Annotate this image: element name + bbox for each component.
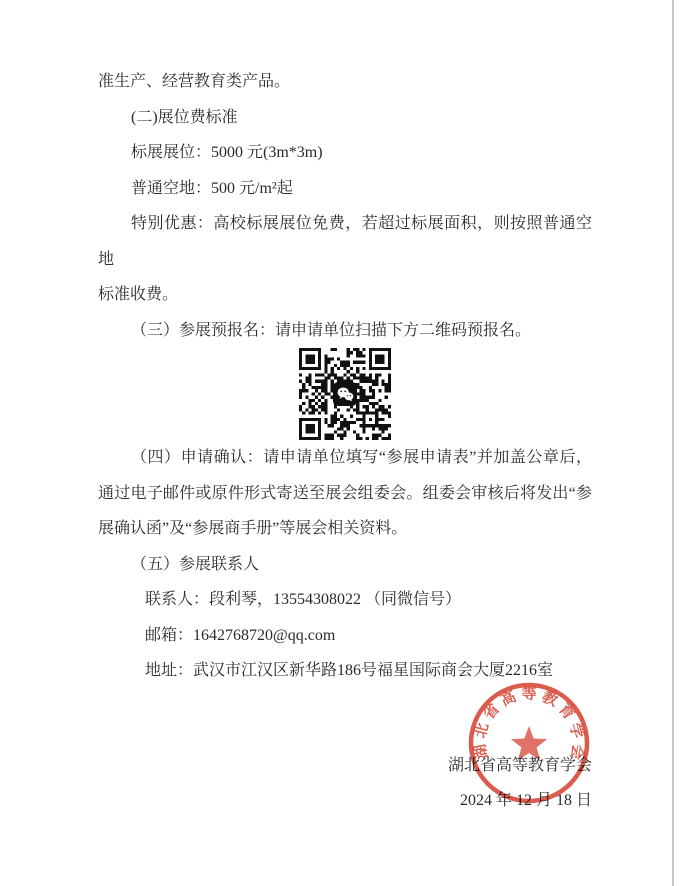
- paragraphs-after-qr: （四）申请确认：请申请单位填写“参展申请表”并加盖公章后，通过电子邮件或原件形式…: [98, 440, 592, 689]
- doc-line: 普通空地：500 元/m²起: [98, 171, 592, 207]
- doc-line: 联系人：段利琴，13554308022 （同微信号）: [98, 582, 592, 618]
- doc-line: （五）参展联系人: [98, 547, 592, 583]
- doc-line: 邮箱：1642768720@qq.com: [98, 618, 592, 654]
- doc-line: （三）参展预报名：请申请单位扫描下方二维码预报名。: [98, 313, 592, 349]
- qr-code: [298, 348, 392, 440]
- document-body: 准生产、经营教育类产品。(二)展位费标准标展展位：5000 元(3m*3m)普通…: [98, 64, 592, 819]
- doc-line: 展确认函”及“参展商手册”等展会相关资料。: [98, 511, 592, 547]
- paragraphs-before-qr: 准生产、经营教育类产品。(二)展位费标准标展展位：5000 元(3m*3m)普通…: [98, 64, 592, 348]
- doc-line: 特别优惠：高校标展展位免费，若超过标展面积，则按照普通空地: [98, 206, 592, 277]
- doc-line: 标展展位：5000 元(3m*3m): [98, 135, 592, 171]
- wechat-icon: [333, 382, 357, 406]
- page-edge-divider: [672, 0, 674, 886]
- doc-line: (二)展位费标准: [98, 100, 592, 136]
- doc-line: 地址：武汉市江汉区新华路186号福星国际商会大厦2216室: [98, 653, 592, 689]
- doc-line: 标准收费。: [98, 277, 592, 313]
- doc-line: 准生产、经营教育类产品。: [98, 64, 592, 100]
- signature-organization: 湖北省高等教育学会: [98, 748, 592, 784]
- signature-block: 湖北省高等教育学会 2024 年 12 月 18 日: [98, 748, 592, 819]
- signature-date: 2024 年 12 月 18 日: [98, 783, 592, 819]
- document-page: 准生产、经营教育类产品。(二)展位费标准标展展位：5000 元(3m*3m)普通…: [0, 0, 681, 886]
- doc-line: （四）申请确认：请申请单位填写“参展申请表”并加盖公章后，: [98, 440, 592, 476]
- doc-line: 通过电子邮件或原件形式寄送至展会组委会。组委会审核后将发出“参: [98, 476, 592, 512]
